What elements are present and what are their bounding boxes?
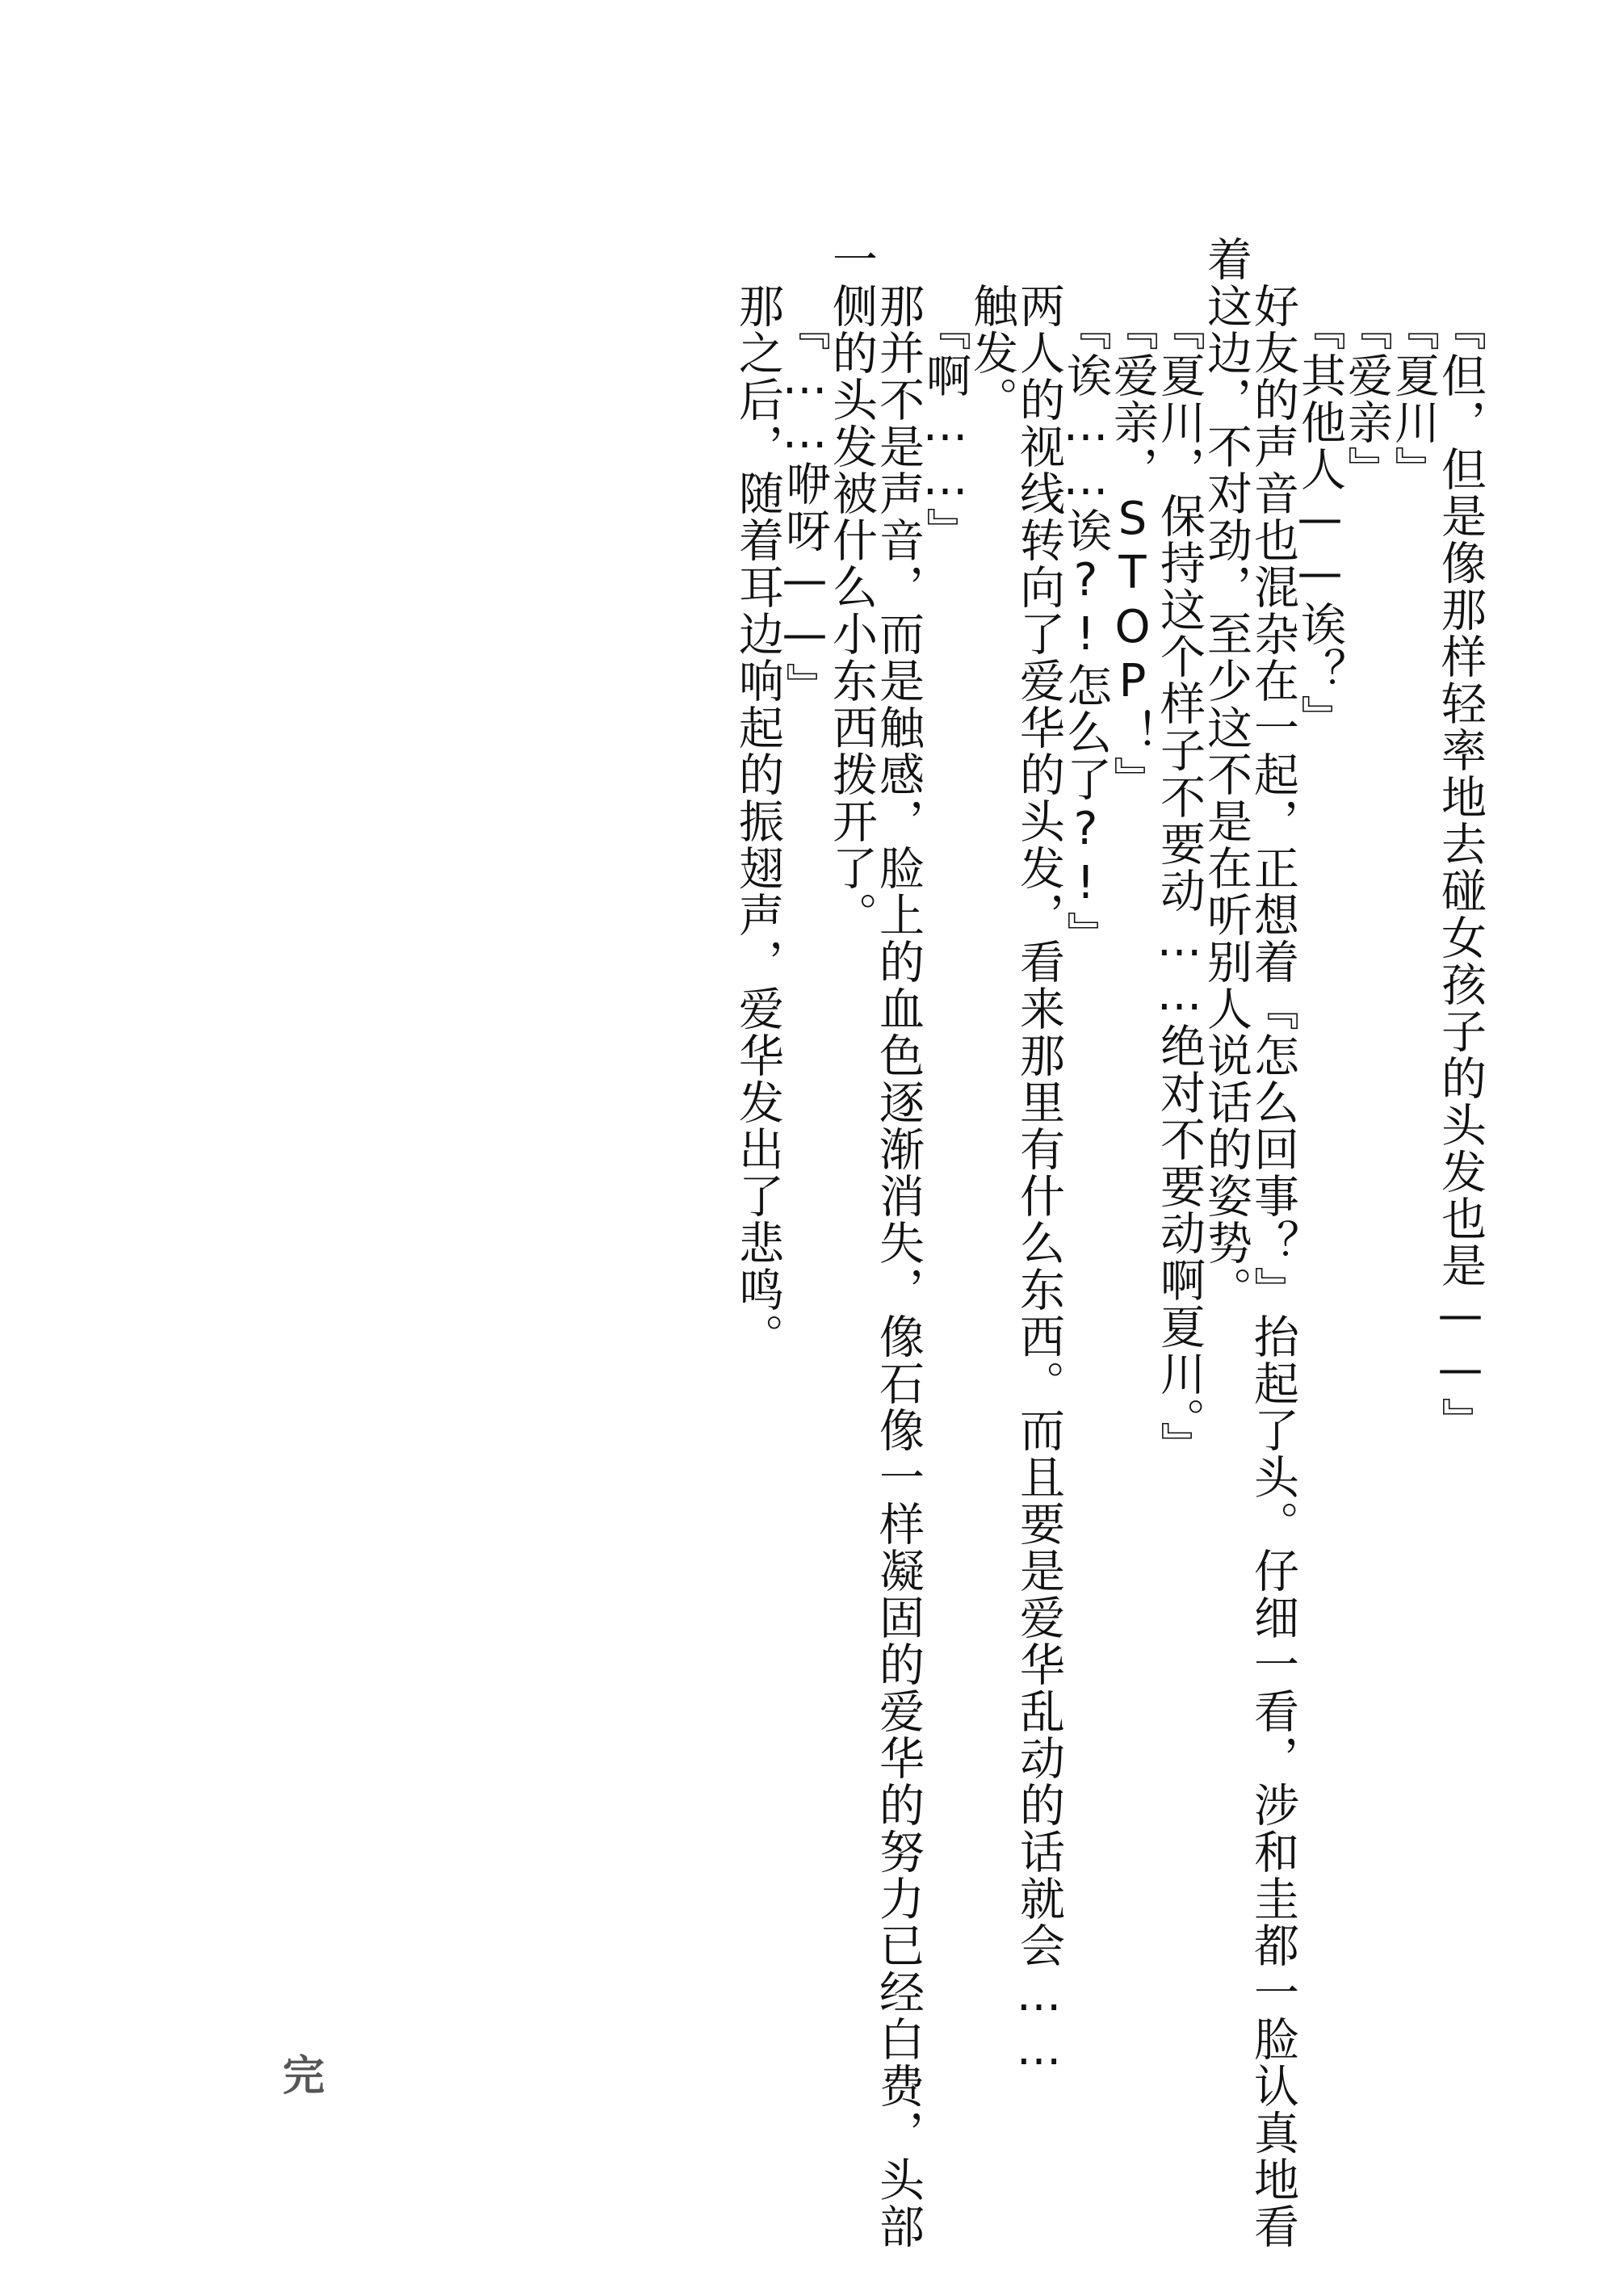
text-column-1: 『但，但是像那样轻率地去碰女孩子的头发也是——』 [1436,305,1484,1444]
text-column-16: 那之后，随着耳边响起的振翅声，爱华发出了悲鸣。 [733,283,782,1360]
end-mark: 完 [283,2042,325,2102]
novel-page: 『但，但是像那样轻率地去碰女孩子的头发也是——』 『夏川』 『爱亲』 『其他人—… [0,0,1615,2296]
text-column-2: 『夏川』 [1389,305,1437,493]
text-column-12: 『啊……』 [921,305,969,554]
text-column-9: 『诶……诶?!怎么了?!』 [1061,305,1110,958]
text-column-11: 触发。 [967,283,1016,423]
text-column-14: 一侧的头发被什么小东西拨开了。 [827,236,875,938]
text-column-10: 两人的视线转向了爱华的头发，看来那里有什么东西。而且要是爱华乱动的话就会…… [1014,283,1063,2077]
text-column-15: 『……咿呀——』 [780,305,828,709]
text-column-6: 着这边，不对劲，至少这不是在听别人说话的姿势。 [1202,236,1250,1313]
text-column-3: 『爱亲』 [1342,305,1391,493]
text-column-8: 『爱亲，STOP！』 [1108,305,1156,803]
text-column-4: 『其他人——诶？』 [1295,305,1344,741]
text-column-13: 那并不是声音，而是触感，脸上的血色逐渐消失，像石像一样凝固的爱华的努力已经白费，… [874,283,922,2250]
text-column-5: 好友的声音也混杂在一起，正想着『怎么回事？』抬起了头。仔细一看，涉和圭都一脸认真… [1248,283,1297,2250]
text-column-7: 『夏川，保持这个样子不要动……绝对不要动啊夏川。』 [1155,305,1203,1468]
